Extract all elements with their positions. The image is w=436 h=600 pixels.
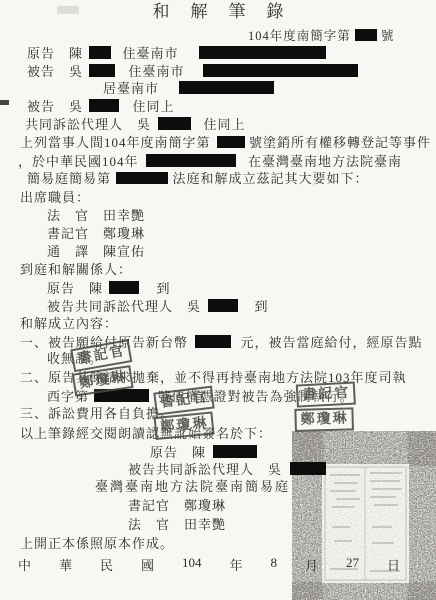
staff-clerk: 書記官 鄭瓊琳 [47, 227, 145, 241]
court-name: 臺灣臺南地方法院臺南簡易庭 [95, 480, 290, 494]
intro-text-3a: 簡易庭簡易第 [27, 171, 111, 186]
redaction-bar [158, 117, 191, 130]
date-char: 日 [387, 555, 400, 574]
clerk-stamp-title: 書記官 [296, 381, 356, 407]
defendant2-address: 住同上 [133, 99, 175, 114]
sig2-name: 被告共同訴訟代理人 吳 [128, 462, 282, 477]
date-char: 民 [100, 555, 113, 574]
content-header: 和解成立內容： [20, 317, 118, 331]
redaction-bar [199, 46, 326, 59]
settlement-record-page: 和解筆錄 104年度南簡字第 號 原告 陳 住臺南市 被告 吳 住臺南市 居臺南… [0, 0, 436, 600]
party-line-defendant2: 被告 吳 住同上 [27, 99, 175, 114]
redaction-bar [179, 81, 274, 94]
date-char: 月 [305, 555, 318, 574]
date-line: 中 華 民 國 104 年 8 月 27 日 [18, 555, 400, 574]
defendant2-role-name: 被告 吳 [27, 99, 83, 114]
agent-address: 住同上 [204, 117, 246, 132]
seal-border-bottom [292, 583, 436, 600]
intro-text-3b: 法庭和解成立茲記其大要如下： [173, 171, 369, 186]
party-line-plaintiff: 原告 陳 住臺南市 [27, 46, 326, 61]
defendant-role-name: 被告 吳 [27, 64, 83, 79]
signature-clerk: 書記官 鄭瓊琳 [128, 499, 226, 513]
attendee-plaintiff: 原告 陳 到 [47, 281, 171, 296]
redaction-bar [217, 136, 245, 148]
settlement-item-3: 三、訴訟費用各自負擔。 [20, 407, 174, 421]
date-char: 中 [18, 555, 31, 574]
certification-statement: 上開正本係照原本作成。 [20, 537, 174, 551]
redaction-bar [203, 64, 358, 77]
signature-agent: 被告共同訴訟代理人 吳 [128, 462, 326, 477]
seal-border-left [292, 431, 322, 600]
clerk-stamp: 書記官 鄭瓊琳 [70, 339, 136, 397]
attendee1-status: 到 [157, 281, 171, 296]
case-number-prefix: 104年度南簡字第 [248, 29, 351, 43]
staff-judge: 法 官 田幸艷 [47, 209, 145, 223]
date-month: 8 [270, 555, 277, 574]
intro-text-1a: 上列當事人間104年度南簡字第 [20, 135, 211, 150]
sig1-name: 原告 陳 [150, 445, 206, 460]
scan-artifact [0, 100, 9, 105]
redaction-bar [109, 281, 139, 294]
attendees-header: 到庭和解關係人： [20, 263, 132, 277]
staff-header: 出席職員： [20, 191, 90, 205]
party-line-defendant: 被告 吳 住臺南市 [27, 64, 358, 79]
item1-text-b: 元，被告當庭給付，經原告點 [241, 335, 423, 350]
attendee2-name: 被告共同訴訟代理人 吳 [47, 299, 201, 314]
redaction-bar [290, 462, 326, 475]
intro-line-3: 簡易庭簡易第 法庭和解成立茲記其大要如下： [27, 172, 369, 186]
signature-judge: 法 官 田幸艷 [128, 518, 226, 532]
redaction-bar [89, 99, 119, 112]
date-char: 國 [141, 555, 154, 574]
court-seal [292, 431, 436, 600]
redaction-bar [146, 154, 236, 167]
case-number-line: 104年度南簡字第 號 [248, 29, 395, 43]
case-number-suffix: 號 [381, 29, 395, 43]
page-title: 和解筆錄 [0, 5, 436, 19]
residence-label: 居臺南市 [103, 81, 159, 96]
clerk-stamp: 書記官 鄭瓊琳 [153, 386, 217, 441]
date-year: 104 [182, 555, 202, 574]
clerk-stamp-name: 鄭瓊琳 [294, 407, 354, 432]
party-line-residence: 居臺南市 [103, 81, 274, 96]
redaction-bar [89, 64, 115, 77]
redaction-bar [208, 299, 238, 312]
intro-text-2a: ，於中華民國104年 [18, 154, 139, 169]
plaintiff-address-label: 住臺南市 [123, 46, 179, 61]
intro-text-2b: 在臺灣臺南地方法院臺南 [248, 154, 402, 169]
intro-line-2: ，於中華民國104年 在臺灣臺南地方法院臺南 [18, 154, 402, 169]
clerk-stamp: 書記官 鄭瓊琳 [296, 381, 357, 432]
redaction-bar [355, 29, 377, 41]
defendant-address-label: 住臺南市 [129, 64, 185, 79]
date-day: 27 [346, 555, 359, 574]
closing-statement: 以上筆錄經交閱朗讀認無訛始簽名於下： [20, 427, 272, 441]
intro-text-1b: 號塗銷所有權移轉登記等事件 [249, 135, 431, 150]
party-line-agent: 共同訴訟代理人 吳 住同上 [25, 117, 246, 132]
attendee1-name: 原告 陳 [47, 281, 103, 296]
redaction-bar [89, 46, 111, 59]
date-char: 華 [59, 555, 72, 574]
plaintiff-role-name: 原告 陳 [27, 46, 83, 61]
date-char: 年 [229, 555, 242, 574]
agent-role-name: 共同訴訟代理人 吳 [25, 117, 151, 132]
attendee2-status: 到 [255, 299, 269, 314]
intro-line-1: 上列當事人間104年度南簡字第 號塗銷所有權移轉登記等事件 [20, 136, 431, 150]
redaction-bar [195, 335, 231, 348]
redaction-bar [116, 172, 168, 184]
attendee-agent: 被告共同訴訟代理人 吳 到 [47, 299, 269, 314]
seal-border-right [409, 431, 436, 600]
signature-plaintiff: 原告 陳 [150, 445, 257, 460]
redaction-bar [213, 445, 257, 458]
staff-interpreter: 通 譯 陳宣佑 [47, 245, 145, 259]
